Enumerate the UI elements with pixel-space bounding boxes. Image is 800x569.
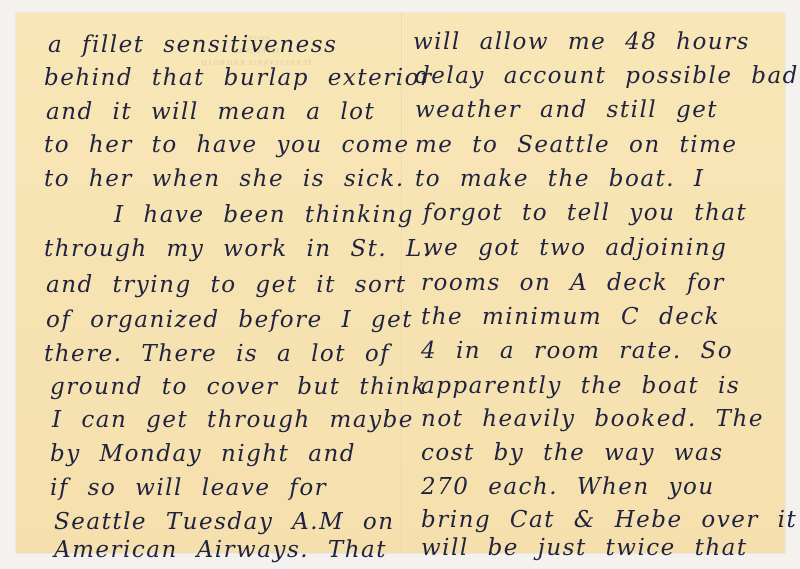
handwritten-line: 270 each. When you — [421, 472, 715, 502]
right-page: will allow me 48 hours delay account pos… — [403, 13, 785, 553]
handwritten-line: bring Cat & Hebe over it — [421, 505, 797, 535]
handwritten-line: will allow me 48 hours — [413, 27, 750, 57]
handwritten-line: I have been thinking — [114, 200, 414, 230]
handwritten-line: forgot to tell you that — [423, 198, 747, 228]
handwritten-line: we got two adjoining — [423, 233, 727, 263]
handwritten-line: weather and still get — [415, 95, 718, 125]
handwritten-line: through my work in St. L. — [44, 234, 432, 264]
handwritten-line: to her to have you come — [44, 130, 410, 160]
letter-sheet: HOTEL JEFFERSON PENNSYLVANIA RAILROAD a … — [16, 13, 785, 553]
handwritten-line: rooms on A deck for — [421, 268, 725, 298]
handwritten-line: by Monday night and — [50, 439, 356, 469]
handwritten-line: I can get through maybe — [52, 405, 414, 435]
handwritten-line: to her when she is sick. — [44, 164, 405, 194]
handwritten-line: not heavily booked. The — [421, 404, 764, 434]
handwritten-line: 4 in a room rate. So — [421, 336, 733, 366]
scanned-letter: HOTEL JEFFERSON PENNSYLVANIA RAILROAD a … — [0, 0, 800, 569]
handwritten-line: of organized before I get — [46, 305, 413, 335]
handwritten-line: American Airways. That — [54, 539, 387, 561]
handwritten-line: ground to cover but think — [50, 372, 427, 402]
handwritten-line: a fillet sensitiveness — [48, 30, 337, 60]
handwritten-line: will be just twice that — [421, 537, 748, 559]
left-page: a fillet sensitiveness behind that burla… — [16, 13, 401, 553]
handwritten-line: cost by the way was — [421, 438, 724, 468]
handwritten-line: me to Seattle on time — [415, 130, 737, 160]
handwritten-line: and trying to get it sort — [46, 270, 407, 300]
handwritten-line: if so will leave for — [50, 473, 327, 503]
handwritten-line: the minimum C deck — [421, 302, 720, 332]
handwritten-line: there. There is a lot of — [44, 339, 390, 369]
handwritten-line: apparently the boat is — [421, 371, 740, 401]
handwritten-line: delay account possible bad — [415, 61, 799, 91]
handwritten-line: and it will mean a lot — [46, 97, 375, 127]
handwritten-line: to make the boat. I — [415, 164, 705, 194]
handwritten-line: behind that burlap exterior — [44, 63, 432, 93]
handwritten-line: Seattle Tuesday A.M on — [54, 507, 395, 537]
